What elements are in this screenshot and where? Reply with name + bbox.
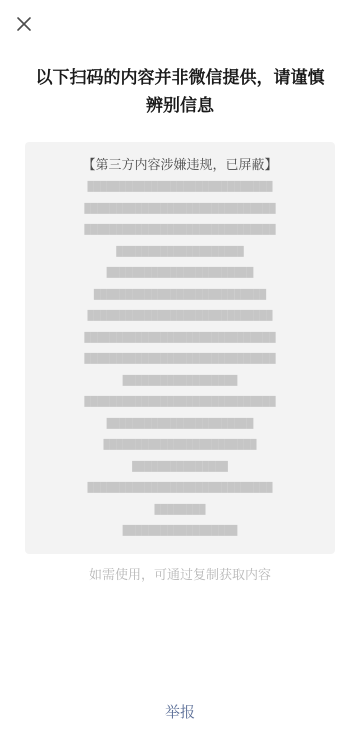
- redacted-text-line: ██████████████████: [35, 520, 325, 542]
- close-icon: [16, 16, 32, 32]
- redacted-text-line: ████████████████████████: [35, 434, 325, 456]
- redacted-text-line: ████████████████████: [35, 241, 325, 263]
- redacted-text-line: ██████████████████████████████: [35, 198, 325, 220]
- redacted-text-line: ██████████████████████████████: [35, 348, 325, 370]
- redacted-text-line: ██████████████████████████████: [35, 327, 325, 349]
- redacted-text-line: ███████████████████████████: [35, 284, 325, 306]
- redacted-text-line: ██████████████████████████████: [35, 219, 325, 241]
- redacted-text-line: █████████████████████████████: [35, 305, 325, 327]
- redacted-text-line: ████████: [35, 499, 325, 521]
- redacted-text-line: ██████████████████: [35, 370, 325, 392]
- redacted-text-line: █████████████████████████████: [35, 176, 325, 198]
- scan-warning-title: 以下扫码的内容并非微信提供，请谨慎辨别信息: [34, 64, 326, 120]
- redacted-text-line: ███████████████████████: [35, 262, 325, 284]
- report-link[interactable]: 举报: [0, 701, 360, 722]
- close-button[interactable]: [8, 8, 40, 40]
- scanned-content-box: 【第三方内容涉嫌违规，已屏蔽】 ████████████████████████…: [25, 142, 335, 554]
- redaction-notice: 【第三方内容涉嫌违规，已屏蔽】: [35, 154, 325, 176]
- copy-hint-text: 如需使用，可通过复制获取内容: [0, 566, 360, 584]
- redacted-text-line: ███████████████████████: [35, 413, 325, 435]
- redacted-text-line: ███████████████: [35, 456, 325, 478]
- redacted-text-line: █████████████████████████████: [35, 477, 325, 499]
- redacted-text-line: ██████████████████████████████: [35, 391, 325, 413]
